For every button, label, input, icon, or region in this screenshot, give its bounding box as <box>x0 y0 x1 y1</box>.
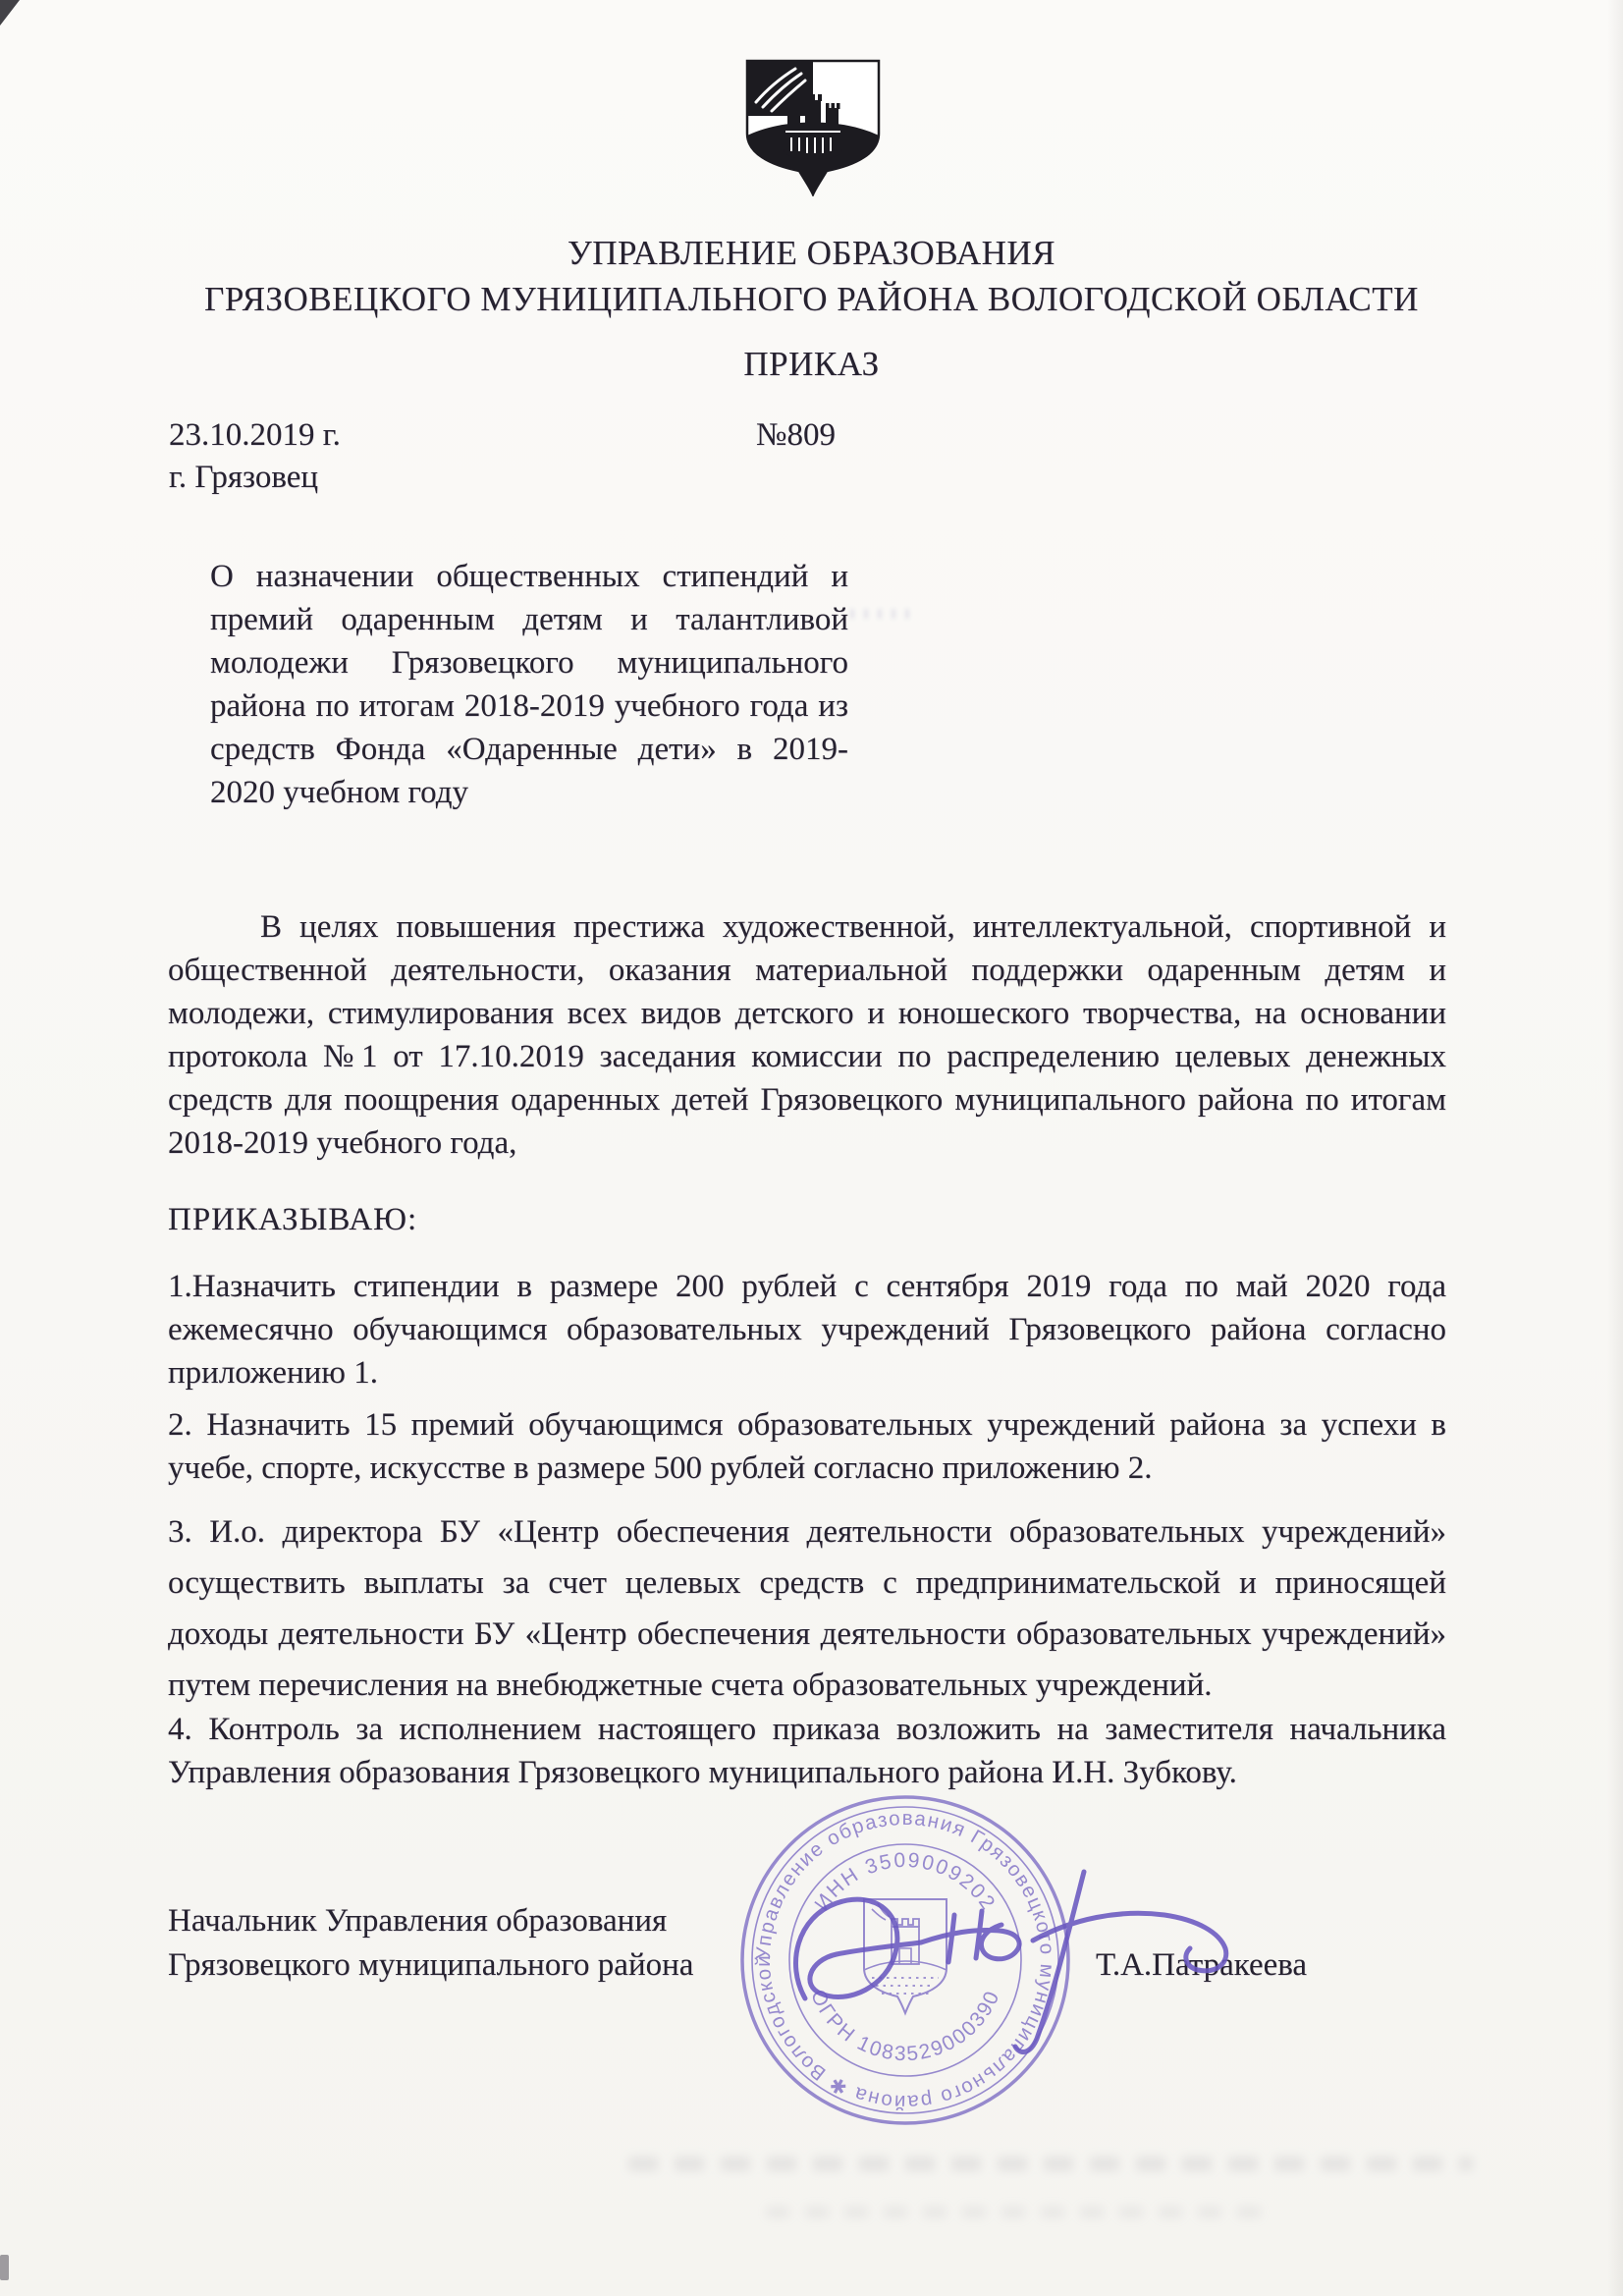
order-keyword: ПРИКАЗЫВАЮ: <box>168 1198 417 1241</box>
signatory-position-line1: Начальник Управления образования <box>168 1899 693 1943</box>
org-name-line1: УПРАВЛЕНИЕ ОБРАЗОВАНИЯ <box>0 232 1623 275</box>
scan-edge-mark <box>0 2255 9 2280</box>
order-item-3: 3. И.о. директора БУ «Центр обеспечения … <box>168 1506 1446 1711</box>
bleed-through-artifact <box>766 2206 1276 2218</box>
document-page: УПРАВЛЕНИЕ ОБРАЗОВАНИЯ ГРЯЗОВЕЦКОГО МУНИ… <box>0 0 1623 2296</box>
bleed-through-artifact <box>628 2157 1473 2171</box>
preamble-paragraph: В целях повышения престижа художественно… <box>168 905 1446 1165</box>
order-item-4: 4. Контроль за исполнением настоящего пр… <box>168 1708 1446 1794</box>
coat-of-arms-icon <box>742 57 884 196</box>
handwritten-signature <box>687 1846 1296 2082</box>
doc-place: г. Грязовец <box>169 456 318 499</box>
doc-subject: О назначении общественных стипендий и пр… <box>210 555 848 814</box>
order-item-2: 2. Назначить 15 премий обучающимся образ… <box>168 1403 1446 1490</box>
doc-date: 23.10.2019 г. <box>169 413 341 457</box>
order-item-1: 1.Назначить стипендии в размере 200 рубл… <box>168 1265 1446 1394</box>
doc-number: №809 <box>756 413 836 457</box>
scan-corner-mark <box>0 0 20 26</box>
scan-speck-artifact <box>850 609 919 619</box>
signatory-position-line2: Грязовецкого муниципального района <box>168 1943 693 1988</box>
org-name-line2: ГРЯЗОВЕЦКОГО МУНИЦИПАЛЬНОГО РАЙОНА ВОЛОГ… <box>0 278 1623 321</box>
doc-title: ПРИКАЗ <box>0 343 1623 386</box>
